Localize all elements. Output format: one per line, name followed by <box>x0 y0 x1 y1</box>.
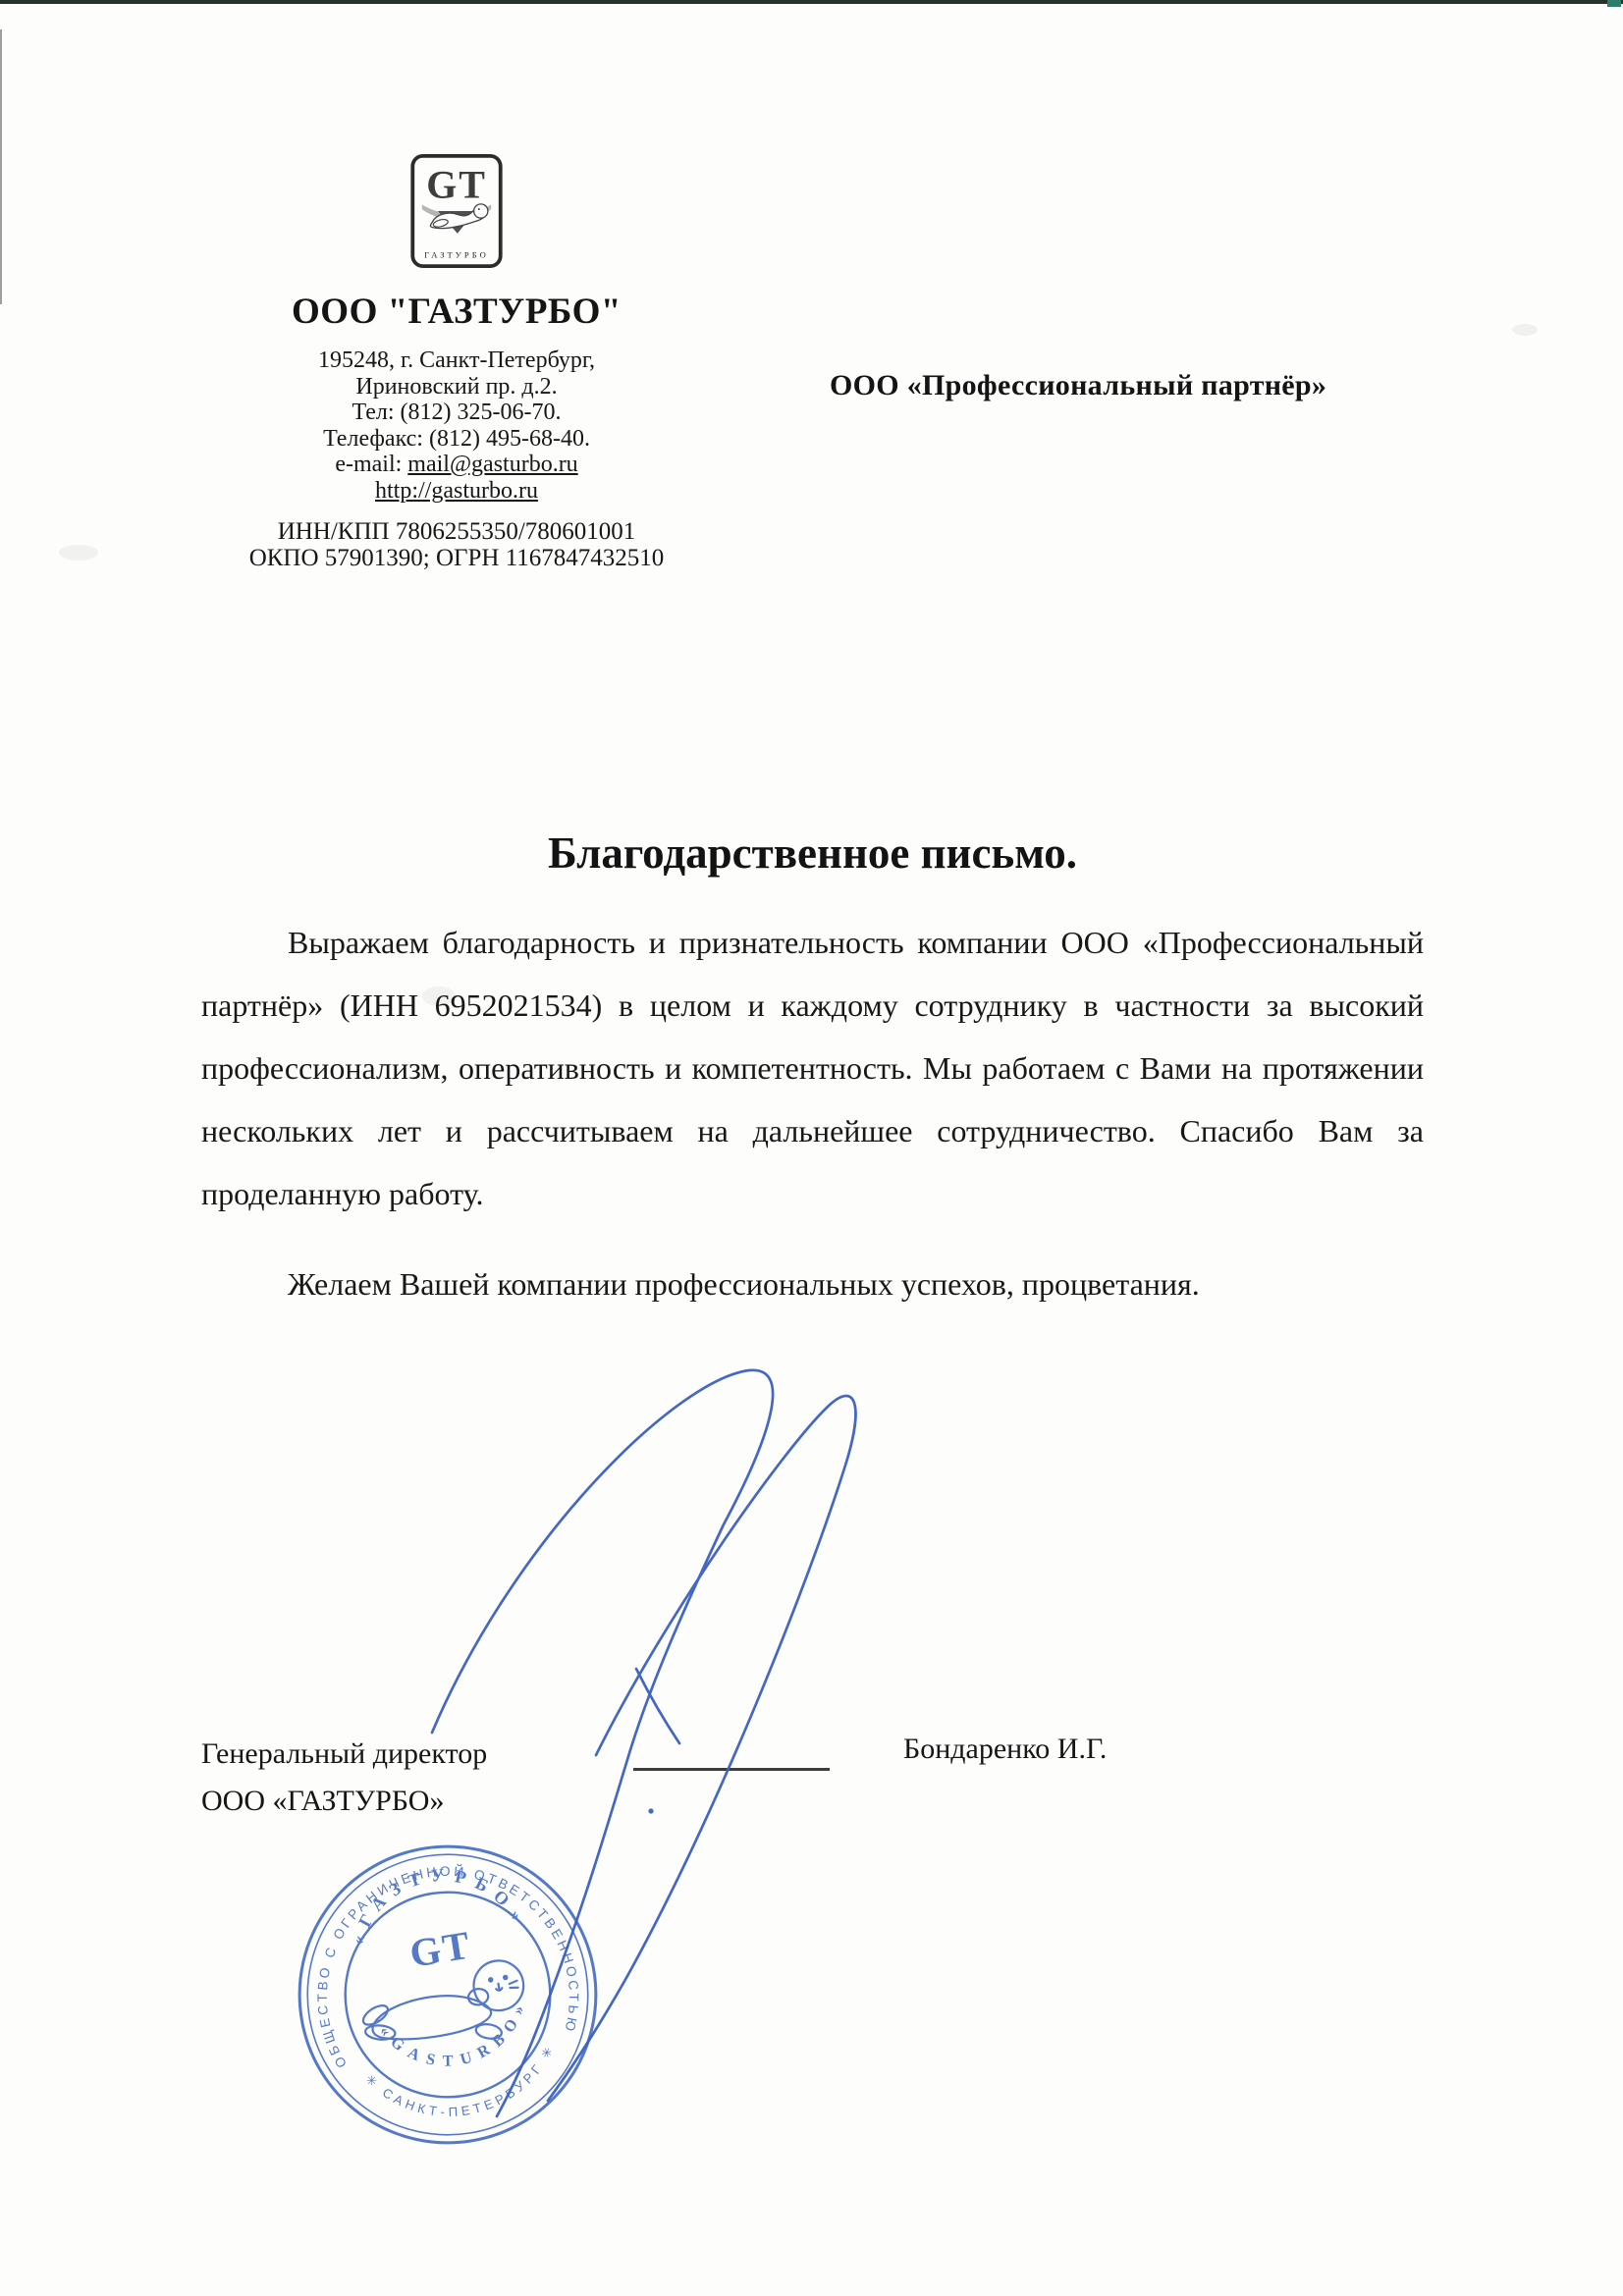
signatory-company: ООО «ГАЗТУРБО» <box>201 1778 751 1825</box>
signatory-position-block: Генеральный директор ООО «ГАЗТУРБО» <box>201 1731 751 1825</box>
stamp-outer-ring <box>288 1835 608 2155</box>
stamp-seal-eye-right <box>504 1976 508 1980</box>
stamp-seal-paw <box>467 1988 490 2006</box>
phone-line: Тел: (812) 325-06-70. <box>162 400 751 426</box>
website-link: http://gasturbo.ru <box>375 478 538 504</box>
signature-line <box>633 1768 830 1771</box>
registration-block: ИНН/КПП 7806255350/780601001 ОКПО 579013… <box>162 518 751 571</box>
email-line: e-mail: mail@gasturbo.ru <box>162 452 751 478</box>
paragraph-gratitude: Выражаем благодарность и признательность… <box>201 911 1424 1225</box>
letter-body: Выражаем благодарность и признательность… <box>201 911 1424 1315</box>
letterhead: GT ГАЗТУРБО ООО "ГАЗТУРБО" 195248, г. Са… <box>162 147 751 571</box>
fax-line: Телефакс: (812) 495-68-40. <box>162 426 751 453</box>
company-name: ООО "ГАЗТУРБО" <box>162 291 751 333</box>
stamp-graphics: ОБЩЕСТВО С ОГРАНИЧЕННОЙ ОТВЕТСТВЕННОСТЬЮ… <box>288 1835 608 2155</box>
logo-seal-head <box>474 204 488 218</box>
logo-caption: ГАЗТУРБО <box>424 250 489 260</box>
logo-seal-illustration <box>422 204 491 234</box>
recipient-name: ООО «Профессиональный партнёр» <box>830 369 1537 402</box>
inn-kpp-line: ИНН/КПП 7806255350/780601001 <box>162 518 751 545</box>
paragraph-wishes: Желаем Вашей компании профессиональных у… <box>201 1253 1424 1315</box>
email-label: e-mail: <box>335 452 407 477</box>
logo-gt-monogram: GT <box>426 163 487 207</box>
address-block: 195248, г. Санкт-Петербург, Ириновский п… <box>162 347 751 504</box>
stamp-inner-latin-text: «GASTURBO» <box>374 2001 535 2081</box>
signatory-name: Бондаренко И.Г. <box>903 1733 1107 1766</box>
stamp-seal-eye-left <box>489 1978 493 1982</box>
logo-seal-eye <box>478 208 480 210</box>
stamp-seal-muzzle <box>496 1983 503 1991</box>
company-logo: GT ГАЗТУРБО <box>408 153 505 269</box>
scan-edge-artifact <box>0 0 1623 4</box>
address-line-postal: 195248, г. Санкт-Петербург, <box>162 347 751 374</box>
email-link: mail@gasturbo.ru <box>407 452 577 477</box>
company-stamp: ОБЩЕСТВО С ОГРАНИЧЕННОЙ ОТВЕТСТВЕННОСТЬЮ… <box>288 1835 608 2155</box>
scan-smudge <box>1512 324 1538 336</box>
stamp-seal-flipper-rear <box>475 2022 503 2040</box>
stamp-gt-monogram: GT <box>406 1923 474 1976</box>
stamp-inner-latin-textpath: «GASTURBO» <box>374 2001 535 2081</box>
okpo-ogrn-line: ОКПО 57901390; ОГРН 1167847432510 <box>162 545 751 571</box>
stamp-seal-whiskers <box>510 1981 518 1989</box>
scan-corner-artifact <box>1607 0 1621 7</box>
stamp-outer-ring-inner <box>288 1835 608 2155</box>
scanned-letter-page: GT ГАЗТУРБО ООО "ГАЗТУРБО" 195248, г. Са… <box>0 0 1623 2296</box>
address-line-street: Ириновский пр. д.2. <box>162 374 751 400</box>
scan-edge-artifact-left <box>0 29 2 304</box>
letter-title: Благодарственное письмо. <box>201 828 1424 879</box>
stamp-seal-body <box>369 1988 494 2046</box>
website-line: http://gasturbo.ru <box>162 478 751 505</box>
scan-smudge <box>59 545 98 561</box>
